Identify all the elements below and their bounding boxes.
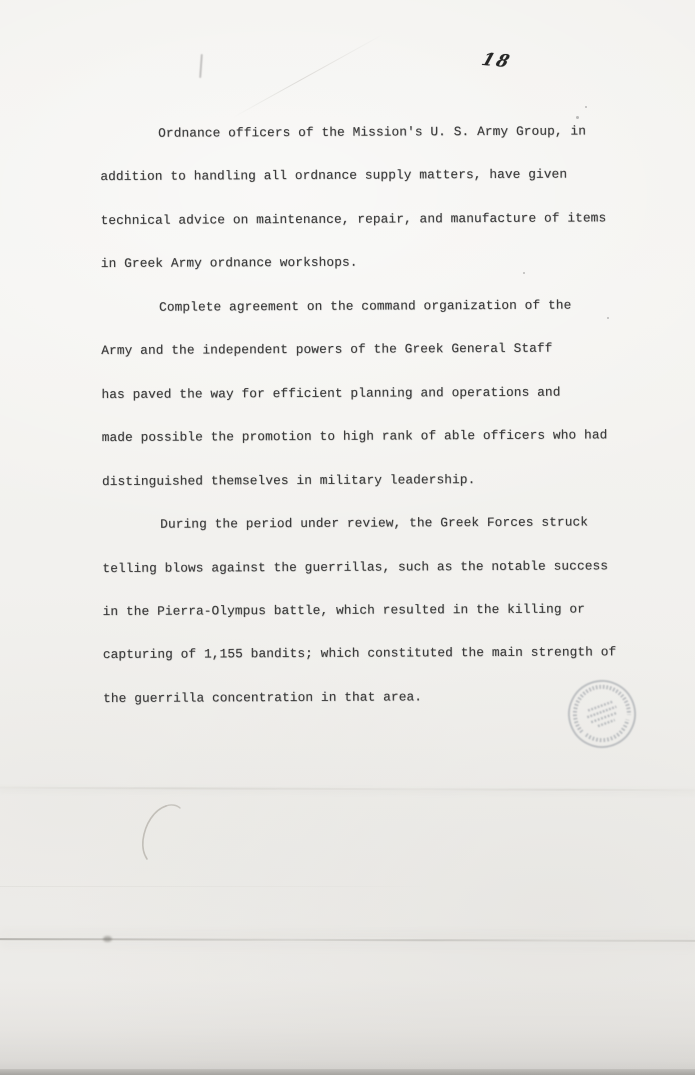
typed-line: made possible the promotion to high rank… (102, 413, 630, 459)
typed-text-block: Ordnance officers of the Mission's U. S.… (100, 109, 631, 720)
paper-crease (233, 34, 384, 118)
typed-line: has paved the way for efficient planning… (101, 370, 629, 416)
typed-line: capturing of 1,155 bandits; which consti… (103, 631, 631, 677)
typed-line: in Greek Army ordnance workshops. (101, 240, 629, 286)
typed-line: technical advice on maintenance, repair,… (100, 196, 628, 242)
paper-speck (607, 317, 609, 319)
typed-line: in the Pierra-Olympus battle, which resu… (103, 587, 631, 633)
paper-crease (0, 787, 695, 791)
typed-line: telling blows against the guerrillas, su… (102, 544, 630, 590)
paper-bottom-shadow (0, 980, 695, 1075)
pencil-mark (199, 54, 203, 78)
paper-crease (0, 886, 430, 887)
scanned-document-page: 18 Ordnance officers of the Mission's U.… (0, 0, 695, 1075)
typed-line: Army and the independent powers of the G… (101, 326, 629, 372)
typed-line: During the period under review, the Gree… (102, 500, 630, 546)
paper-crease-knot (103, 936, 112, 942)
typed-line: Complete agreement on the command organi… (101, 283, 629, 329)
paper-bottom-edge (0, 1069, 695, 1075)
paper-speck (576, 116, 579, 119)
handwritten-page-number: 18 (479, 50, 515, 73)
paper-scratch-mark (132, 798, 184, 862)
typed-line: addition to handling all ordnance supply… (100, 153, 628, 199)
typed-line: Ordnance officers of the Mission's U. S.… (100, 109, 628, 155)
paper-speck (585, 106, 587, 108)
typed-line: distinguished themselves in military lea… (102, 457, 630, 503)
paper-speck (523, 272, 525, 274)
